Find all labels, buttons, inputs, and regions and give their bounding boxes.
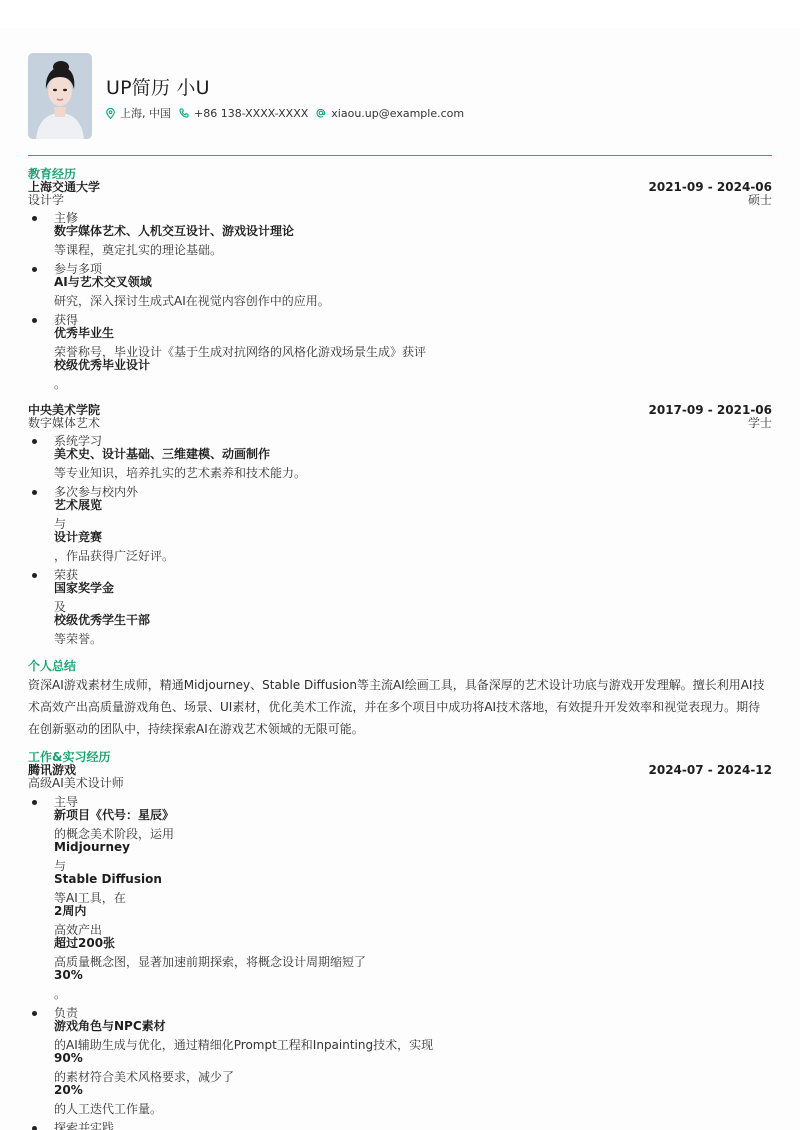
section-title-work: 工作&实习经历 bbox=[28, 750, 110, 764]
bullet-icon bbox=[32, 1011, 37, 1016]
bullet-icon bbox=[32, 490, 37, 495]
contact-info: 上海, 中国 +86 138-XXXX-XXXX xiaou.up@exampl… bbox=[106, 105, 472, 121]
education-entry-1-bullets: 主修 数字媒体艺术、人机交互设计、游戏设计理论 等课程，奠定扎实的理论基础。 参… bbox=[28, 212, 772, 391]
education-entry-1-header: 上海交通大学 设计学 2021-09 - 2024-06 硕士 bbox=[28, 181, 772, 207]
list-item: 参与多项 AI与艺术交叉领域 研究，深入探讨生成式AI在视觉内容创作中的应用。 bbox=[28, 263, 772, 308]
location-icon bbox=[106, 108, 115, 119]
bullet-icon bbox=[32, 216, 37, 221]
location-text: 上海, 中国 bbox=[120, 105, 171, 121]
list-item: 获得 优秀毕业生 荣誉称号，毕业设计《基于生成对抗网络的风格化游戏场景生成》获评… bbox=[28, 314, 772, 391]
profile-photo bbox=[28, 53, 92, 139]
phone-text: +86 138-XXXX-XXXX bbox=[194, 107, 308, 120]
list-item: 荣获 国家奖学金 及 校级优秀学生干部 等荣誉。 bbox=[28, 569, 772, 646]
top-band bbox=[0, 0, 800, 28]
section-title-education: 教育经历 bbox=[28, 167, 76, 181]
major: 数字媒体艺术 bbox=[28, 417, 772, 430]
bullet-icon bbox=[32, 800, 37, 805]
list-item: 系统学习 美术史、设计基础、三维建模、动画制作 等专业知识，培养扎实的艺术素养和… bbox=[28, 435, 772, 480]
list-item: 主修 数字媒体艺术、人机交互设计、游戏设计理论 等课程，奠定扎实的理论基础。 bbox=[28, 212, 772, 257]
contact-phone: +86 138-XXXX-XXXX bbox=[179, 107, 308, 120]
list-item: 多次参与校内外 艺术展览 与 设计竞赛 ，作品获得广泛好评。 bbox=[28, 486, 772, 563]
header-divider bbox=[28, 155, 772, 156]
list-item: 主导 新项目《代号：星辰》 的概念美术阶段，运用 Midjourney 与 St… bbox=[28, 796, 772, 1001]
date-range: 2024-07 - 2024-12 bbox=[649, 764, 773, 777]
degree: 硕士 bbox=[748, 194, 772, 207]
bullet-icon bbox=[32, 318, 37, 323]
phone-icon bbox=[179, 108, 189, 118]
section-title-summary: 个人总结 bbox=[28, 659, 76, 673]
candidate-name: UP简历 小U bbox=[106, 73, 210, 100]
bullet-icon bbox=[32, 439, 37, 444]
education-entry-2-bullets: 系统学习 美术史、设计基础、三维建模、动画制作 等专业知识，培养扎实的艺术素养和… bbox=[28, 435, 772, 646]
education-entry-2-header: 中央美术学院 数字媒体艺术 2017-09 - 2021-06 学士 bbox=[28, 404, 772, 430]
list-item: 探索并实践 bbox=[28, 1122, 772, 1130]
list-item: 负责 游戏角色与NPC素材 的AI辅助生成与优化，通过精细化Prompt工程和I… bbox=[28, 1007, 772, 1116]
contact-email[interactable]: xiaou.up@example.com bbox=[316, 107, 464, 120]
bullet-icon bbox=[32, 267, 37, 272]
degree: 学士 bbox=[748, 417, 772, 430]
email-icon bbox=[316, 108, 326, 118]
bullet-icon bbox=[32, 1126, 37, 1130]
job-title: 高级AI美术设计师 bbox=[28, 777, 772, 790]
bullet-icon bbox=[32, 573, 37, 578]
contact-location: 上海, 中国 bbox=[106, 105, 171, 121]
email-text[interactable]: xiaou.up@example.com bbox=[331, 107, 464, 120]
work-entry-1-header: 腾讯游戏 高级AI美术设计师 2024-07 - 2024-12 bbox=[28, 764, 772, 790]
major: 设计学 bbox=[28, 194, 772, 207]
summary-text: 资深AI游戏素材生成师，精通Midjourney、Stable Diffusio… bbox=[28, 674, 772, 740]
work-entry-1-bullets: 主导 新项目《代号：星辰》 的概念美术阶段，运用 Midjourney 与 St… bbox=[28, 796, 772, 1130]
resume-header: UP简历 小U 上海, 中国 +86 138-XXXX-XXXX xiaou.u… bbox=[28, 53, 772, 139]
portrait-image-icon bbox=[28, 53, 92, 139]
